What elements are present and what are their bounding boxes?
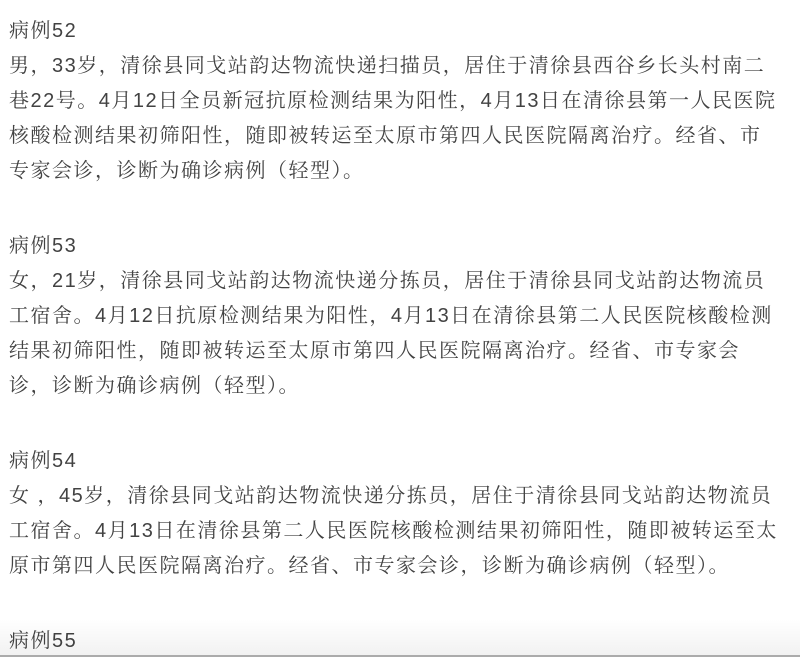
case-section: 病例55 xyxy=(9,624,782,657)
case-paragraph-line: 结果初筛阳性，随即被转运至太原市第四人民医院隔离治疗。经省、市专家会 xyxy=(9,334,782,369)
case-paragraph-line: 女 ，45岁，清徐县同戈站韵达物流快递分拣员，居住于清徐县同戈站韵达物流员 xyxy=(9,479,782,514)
case-list: 病例52男，33岁，清徐县同戈站韵达物流快递扫描员，居住于清徐县西谷乡长头村南二… xyxy=(0,0,800,657)
case-paragraph-line: 工宿舍。4月12日抗原检测结果为阳性，4月13日在清徐县第二人民医院核酸检测 xyxy=(9,299,782,334)
case-paragraph-line: 原市第四人民医院隔离治疗。经省、市专家会诊，诊断为确诊病例（轻型）。 xyxy=(9,549,782,584)
case-paragraph-line: 工宿舍。4月13日在清徐县第二人民医院核酸检测结果初筛阳性，随即被转运至太 xyxy=(9,514,782,549)
case-title: 病例55 xyxy=(9,624,782,657)
case-title: 病例52 xyxy=(9,14,782,49)
case-paragraph-line: 男，33岁，清徐县同戈站韵达物流快递扫描员，居住于清徐县西谷乡长头村南二 xyxy=(9,49,782,84)
case-title: 病例53 xyxy=(9,229,782,264)
case-paragraph-line: 诊，诊断为确诊病例（轻型）。 xyxy=(9,369,782,404)
case-paragraph-line: 专家会诊，诊断为确诊病例（轻型）。 xyxy=(9,154,782,189)
case-paragraph-line: 巷22号。4月12日全员新冠抗原检测结果为阳性，4月13日在清徐县第一人民医院 xyxy=(9,84,782,119)
case-title: 病例54 xyxy=(9,444,782,479)
article-page: 病例52男，33岁，清徐县同戈站韵达物流快递扫描员，居住于清徐县西谷乡长头村南二… xyxy=(0,0,800,657)
case-paragraph-line: 女，21岁，清徐县同戈站韵达物流快递分拣员，居住于清徐县同戈站韵达物流员 xyxy=(9,264,782,299)
case-section: 病例52男，33岁，清徐县同戈站韵达物流快递扫描员，居住于清徐县西谷乡长头村南二… xyxy=(9,14,782,189)
case-section: 病例53女，21岁，清徐县同戈站韵达物流快递分拣员，居住于清徐县同戈站韵达物流员… xyxy=(9,229,782,404)
case-section: 病例54女 ，45岁，清徐县同戈站韵达物流快递分拣员，居住于清徐县同戈站韵达物流… xyxy=(9,444,782,584)
case-paragraph-line: 核酸检测结果初筛阳性，随即被转运至太原市第四人民医院隔离治疗。经省、市 xyxy=(9,119,782,154)
